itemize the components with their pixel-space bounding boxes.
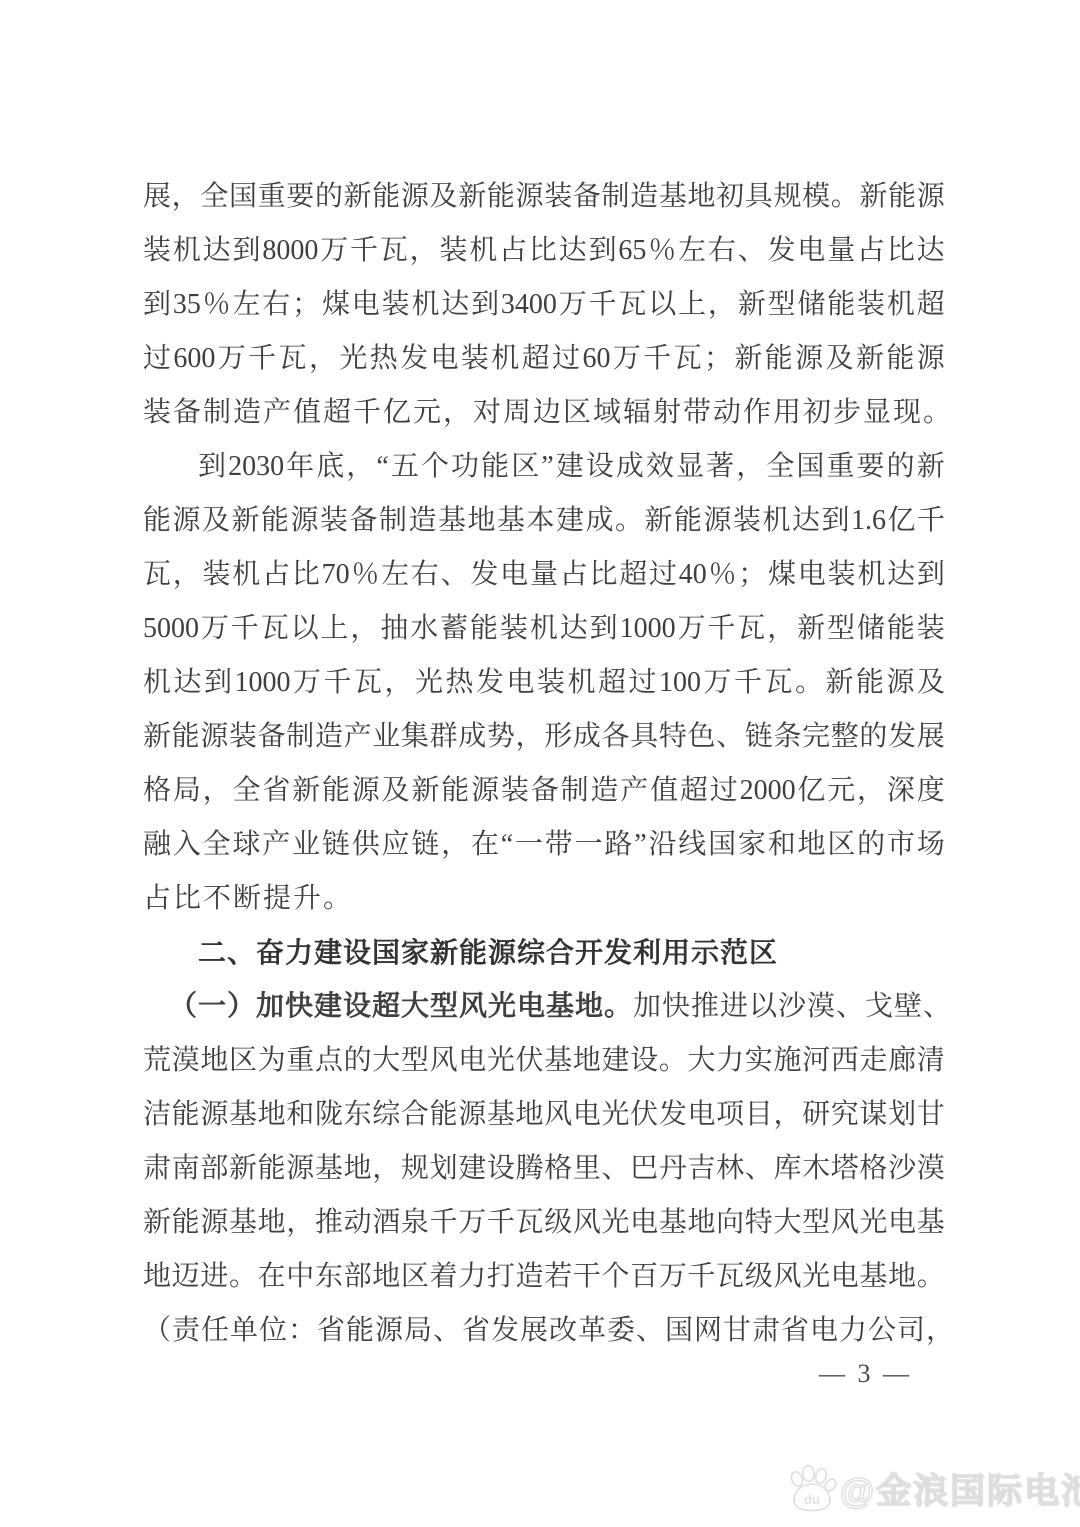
body-text-span: 加快推进以沙漠、戈壁、 xyxy=(633,991,952,1022)
body-line: 5000万千瓦以上，抽水蓄能装机达到1000万千瓦，新型储能装 xyxy=(143,602,945,656)
body-line: 格局，全省新能源及新能源装备制造产值超过2000亿元，深度 xyxy=(143,764,945,818)
body-line: 瓦，装机占比70％左右、发电量占比超过40％；煤电装机达到 xyxy=(143,548,945,602)
body-line: 过600万千瓦，光热发电装机超过60万千瓦；新能源及新能源 xyxy=(143,332,945,386)
document-body: 展，全国重要的新能源及新能源装备制造基地初具规模。新能源 装机达到8000万千瓦… xyxy=(143,170,945,1358)
body-line: 荒漠地区为重点的大型风电光伏基地建设。大力实施河西走廊清 xyxy=(143,1034,945,1088)
body-line: 新能源基地，推动酒泉千万千瓦级风光电基地向特大型风光电基 xyxy=(143,1196,945,1250)
body-line: （责任单位：省能源局、省发展改革委、国网甘肃省电力公司， xyxy=(143,1304,945,1358)
baidu-paw-label: du xyxy=(804,1492,820,1507)
body-line: 能源及新能源装备制造基地基本建成。新能源装机达到1.6亿千 xyxy=(143,494,945,548)
body-line: 到2030年底，“五个功能区”建设成效显著，全国重要的新 xyxy=(143,440,945,494)
body-line: 融入全球产业链供应链，在“一带一路”沿线国家和地区的市场 xyxy=(143,818,945,872)
body-line: 展，全国重要的新能源及新能源装备制造基地初具规模。新能源 xyxy=(143,170,945,224)
body-line: 洁能源基地和陇东综合能源基地风电光伏发电项目，研究谋划甘 xyxy=(143,1088,945,1142)
body-line: 肃南部新能源基地，规划建设腾格里、巴丹吉林、库木塔格沙漠 xyxy=(143,1142,945,1196)
baidu-paw-icon: du xyxy=(786,1464,838,1514)
body-line: 装机达到8000万千瓦，装机占比达到65％左右、发电量占比达 xyxy=(143,224,945,278)
watermark-label: @金浪国际电池展 xyxy=(840,1464,1080,1514)
body-line: 新能源装备制造产业集群成势，形成各具特色、链条完整的发展 xyxy=(143,710,945,764)
subsection-lead: （一）加快建设超大型风光电基地。 xyxy=(169,991,633,1022)
body-line: 到35％左右；煤电装机达到3400万千瓦以上，新型储能装机超 xyxy=(143,278,945,332)
body-line: 地迈进。在中东部地区着力打造若干个百万千瓦级风光电基地。 xyxy=(143,1250,945,1304)
document-page: 展，全国重要的新能源及新能源装备制造基地初具规模。新能源 装机达到8000万千瓦… xyxy=(0,0,1080,1527)
section-heading: 二、奋力建设国家新能源综合开发利用示范区 xyxy=(143,926,945,980)
page-number: — 3 — xyxy=(819,1352,912,1396)
body-line: 占比不断提升。 xyxy=(143,872,945,926)
body-line: 装备制造产值超千亿元，对周边区域辐射带动作用初步显现。 xyxy=(143,386,945,440)
watermark: du @金浪国际电池展 xyxy=(786,1464,1080,1514)
body-line: （一）加快建设超大型风光电基地。加快推进以沙漠、戈壁、 xyxy=(143,980,945,1034)
body-line: 机达到1000万千瓦，光热发电装机超过100万千瓦。新能源及 xyxy=(143,656,945,710)
